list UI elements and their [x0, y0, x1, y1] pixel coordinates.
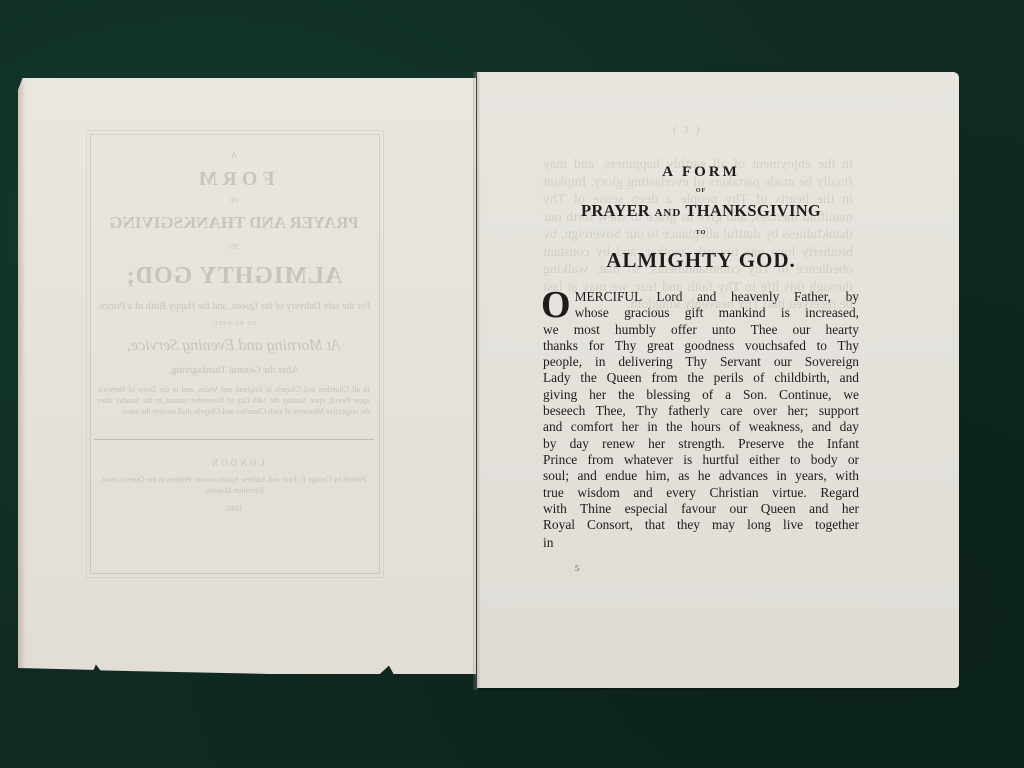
page-number: ( 3 ) — [673, 124, 701, 136]
left-page: A FORM OF PRAYER AND THANKSGIVING TO ALM… — [18, 78, 476, 674]
title-and: AND — [654, 207, 681, 219]
title-of: OF — [543, 185, 859, 197]
page-content: A FORM OF PRAYER AND THANKSGIVING TO ALM… — [543, 164, 859, 552]
title-prayer: PRAYER — [581, 201, 650, 220]
text-line: thanks for Thy great goodness vouchsafed… — [543, 338, 859, 354]
text-line: MERCIFUL Lord and heavenly Father, by — [575, 289, 859, 305]
title-a-form: A FORM — [543, 164, 859, 180]
title-almighty-god: ALMIGHTY GOD. — [543, 249, 859, 271]
ghost-morning-evening: At Morning and Evening Service, — [90, 337, 378, 355]
title-to: TO — [543, 227, 859, 239]
text-line: with Thine especial favour our Queen and… — [543, 501, 859, 517]
text-line: giving her the blessing of a Son. Contin… — [543, 387, 859, 403]
ghost-for-line: For the safe Delivery of the Queen, and … — [90, 300, 378, 313]
show-through-title-page: A FORM OF PRAYER AND THANKSGIVING TO ALM… — [90, 134, 378, 513]
text-line: beseech Thee, Thy fatherly care over her… — [543, 403, 859, 419]
ghost-after: After the General Thanksgiving, — [90, 365, 378, 376]
ghost-printed: Printed by George E. Eyre and Andrew Spo… — [90, 474, 378, 496]
right-page: ( 3 ) in the enjoyment of all earthly ha… — [477, 72, 959, 688]
ghost-rule — [94, 439, 374, 440]
ghost-prayer-thanksgiving: PRAYER AND THANKSGIVING — [90, 213, 378, 233]
ghost-london: LONDON: — [90, 458, 378, 468]
catchword: in — [543, 535, 859, 551]
photo-stage: A FORM OF PRAYER AND THANKSGIVING TO ALM… — [0, 0, 1024, 768]
text-line: Lady the Queen from the perils of childb… — [543, 370, 859, 386]
text-line: and comfort her in the hours of weakness… — [543, 419, 859, 435]
ghost-to-be-used: TO BE USED — [90, 321, 378, 327]
title-prayer-and-thanksgiving: PRAYER AND THANKSGIVING — [543, 202, 859, 222]
ghost-body: In all Churches and Chapels in England a… — [90, 384, 378, 417]
text-line: people, in delivering Thy Servant our So… — [543, 354, 859, 370]
text-line: Prince from whatever is hurtful either t… — [543, 452, 859, 468]
ghost-of: OF — [90, 197, 378, 205]
opening-paragraph: O MERCIFUL Lord and heavenly Father, by … — [543, 289, 859, 322]
ghost-year: 1841. — [90, 504, 378, 513]
ghost-almighty-god: ALMIGHTY GOD; — [90, 263, 378, 290]
text-line: whose gracious gift mankind is increased… — [575, 305, 859, 321]
text-line: we most humbly offer unto Thee our heart… — [543, 322, 859, 338]
ghost-form: FORM — [90, 168, 378, 191]
text-line: by day renew her strength. Preserve the … — [543, 436, 859, 452]
title-thanksgiving: THANKSGIVING — [685, 201, 821, 220]
text-line: true wisdom and every Christian virtue. … — [543, 485, 859, 501]
text-line: Royal Consort, that they may long live t… — [543, 517, 859, 533]
ghost-a: A — [90, 150, 378, 160]
drop-cap: O — [541, 290, 571, 320]
ghost-to: TO — [90, 243, 378, 251]
signature-mark: 5 — [575, 564, 579, 573]
text-line: soul; and endue him, as he advances in y… — [543, 468, 859, 484]
prayer-body: O MERCIFUL Lord and heavenly Father, by … — [543, 289, 859, 552]
